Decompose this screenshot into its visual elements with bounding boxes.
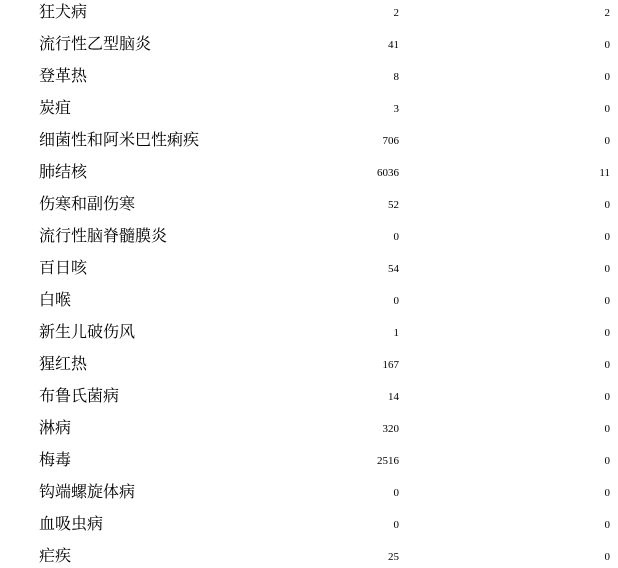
disease-name: 疟疾: [39, 546, 71, 566]
case-count: 2: [394, 6, 400, 20]
table-row: 百日咳 54 0: [0, 252, 618, 284]
case-count: 8: [394, 70, 400, 84]
case-count: 0: [394, 486, 400, 500]
disease-name: 百日咳: [39, 258, 87, 278]
death-count: 0: [605, 38, 611, 52]
table-row: 淋病 320 0: [0, 412, 618, 444]
death-count: 0: [605, 134, 611, 148]
death-count: 0: [605, 518, 611, 532]
case-count: 54: [388, 262, 399, 276]
case-count: 3: [394, 102, 400, 116]
death-count: 0: [605, 198, 611, 212]
death-count: 0: [605, 486, 611, 500]
death-count: 0: [605, 326, 611, 340]
case-count: 14: [388, 390, 399, 404]
case-count: 0: [394, 294, 400, 308]
table-row: 狂犬病 2 2: [0, 0, 618, 28]
table-row: 流行性脑脊髓膜炎 0 0: [0, 220, 618, 252]
case-count: 320: [383, 422, 400, 436]
table-row: 细菌性和阿米巴性痢疾 706 0: [0, 124, 618, 156]
table-row: 肺结核 6036 11: [0, 156, 618, 188]
table-row: 流行性乙型脑炎 41 0: [0, 28, 618, 60]
case-count: 6036: [377, 166, 399, 180]
table-row: 登革热 8 0: [0, 60, 618, 92]
death-count: 0: [605, 70, 611, 84]
disease-name: 登革热: [39, 66, 87, 86]
disease-statistics-table: 狂犬病 2 2 流行性乙型脑炎 41 0 登革热 8 0 炭疽 3 0 细菌性和…: [0, 0, 618, 568]
death-count: 0: [605, 230, 611, 244]
disease-name: 狂犬病: [39, 2, 87, 22]
death-count: 0: [605, 294, 611, 308]
disease-name: 炭疽: [39, 98, 71, 118]
disease-name: 流行性乙型脑炎: [39, 34, 151, 54]
disease-name: 伤寒和副伤寒: [39, 194, 135, 214]
case-count: 41: [388, 38, 399, 52]
case-count: 0: [394, 518, 400, 532]
table-row: 血吸虫病 0 0: [0, 508, 618, 540]
case-count: 0: [394, 230, 400, 244]
death-count: 0: [605, 454, 611, 468]
death-count: 2: [605, 6, 611, 20]
table-row: 白喉 0 0: [0, 284, 618, 316]
disease-name: 钩端螺旋体病: [39, 482, 135, 502]
case-count: 1: [394, 326, 400, 340]
table-row: 疟疾 25 0: [0, 540, 618, 568]
table-row: 猩红热 167 0: [0, 348, 618, 380]
case-count: 706: [383, 134, 400, 148]
table-row: 钩端螺旋体病 0 0: [0, 476, 618, 508]
disease-name: 新生儿破伤风: [39, 322, 135, 342]
disease-name: 血吸虫病: [39, 514, 103, 534]
table-row: 炭疽 3 0: [0, 92, 618, 124]
death-count: 0: [605, 422, 611, 436]
death-count: 0: [605, 550, 611, 564]
disease-name: 白喉: [39, 290, 71, 310]
table-row: 伤寒和副伤寒 52 0: [0, 188, 618, 220]
table-row: 布鲁氏菌病 14 0: [0, 380, 618, 412]
disease-name: 细菌性和阿米巴性痢疾: [39, 130, 199, 150]
disease-name: 猩红热: [39, 354, 87, 374]
disease-name: 流行性脑脊髓膜炎: [39, 226, 167, 246]
case-count: 52: [388, 198, 399, 212]
death-count: 0: [605, 102, 611, 116]
case-count: 25: [388, 550, 399, 564]
case-count: 167: [383, 358, 400, 372]
table-row: 梅毒 2516 0: [0, 444, 618, 476]
death-count: 0: [605, 358, 611, 372]
disease-name: 肺结核: [39, 162, 87, 182]
death-count: 0: [605, 262, 611, 276]
disease-name: 布鲁氏菌病: [39, 386, 119, 406]
death-count: 11: [599, 166, 610, 180]
disease-name: 梅毒: [39, 450, 71, 470]
disease-name: 淋病: [39, 418, 71, 438]
table-row: 新生儿破伤风 1 0: [0, 316, 618, 348]
death-count: 0: [605, 390, 611, 404]
case-count: 2516: [377, 454, 399, 468]
